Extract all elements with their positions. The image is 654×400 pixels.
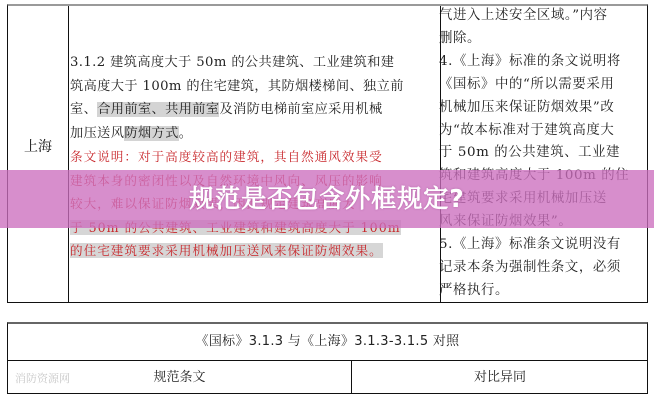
- highlighted-text: 合用前室、共用前室: [97, 102, 219, 117]
- clause-cell: 3.1.2 建筑高度大于 50m 的公共建筑、工业建筑和建 筑高度大于 100m…: [70, 51, 435, 263]
- clause-line: 3.1.2 建筑高度大于 50m 的公共建筑、工业建筑和建: [70, 51, 435, 75]
- clause-line: 室、合用前室、共用前室及消防电梯前室应采用机械: [70, 98, 435, 122]
- table-header: 《国标》3.1.3 与《上海》3.1.3-3.1.5 对照: [8, 324, 647, 361]
- clause-line: 加压送风防烟方式。: [70, 122, 435, 146]
- comparison-line: 机械加压来保证防烟效果”改: [439, 97, 639, 120]
- comparison-line: 气进入上述安全区域。”内容: [439, 5, 639, 28]
- comparison-cell: 气进入上述安全区域。”内容 删除。 4.《上海》标准的条文说明将 《国标》中的“…: [439, 5, 639, 303]
- clause-line: 筑高度大于 100m 的住宅建筑，其防烟楼梯间、独立前: [70, 75, 435, 99]
- explanation-line: 的住宅建筑要求采用机械加压送风来保证防烟效果。: [70, 239, 435, 263]
- comparison-line: 《国标》中的“所以需要采用: [439, 74, 639, 97]
- comparison-line: 为“故本标准对于建筑高度大: [439, 120, 639, 143]
- column-divider-1: [68, 6, 69, 302]
- highlighted-text: 防烟方式: [124, 126, 178, 141]
- comparison-line: 5.《上海》标准条文说明没有: [439, 234, 639, 257]
- column-header-comparison: 对比异同: [353, 361, 647, 394]
- comparison-table-bottom: 《国标》3.1.3 与《上海》3.1.3-3.1.5 对照 规范条文 对比异同: [7, 322, 648, 394]
- explanation-line: 条文说明：对于高度较高的建筑，其自然通风效果受: [70, 145, 435, 169]
- watermark: 消防资源网: [15, 370, 70, 386]
- region-cell: 上海: [8, 136, 68, 156]
- comparison-line: 记录本条为强制性条文，必须: [439, 257, 639, 280]
- comparison-line: 于 50m 的公共建筑、工业建: [439, 142, 639, 165]
- comparison-line: 4.《上海》标准的条文说明将: [439, 51, 639, 74]
- comparison-line: 删除。: [439, 28, 639, 51]
- comparison-line: 严格执行。: [439, 280, 639, 303]
- overlay-title: 规范是否包含外框规定?: [0, 172, 654, 226]
